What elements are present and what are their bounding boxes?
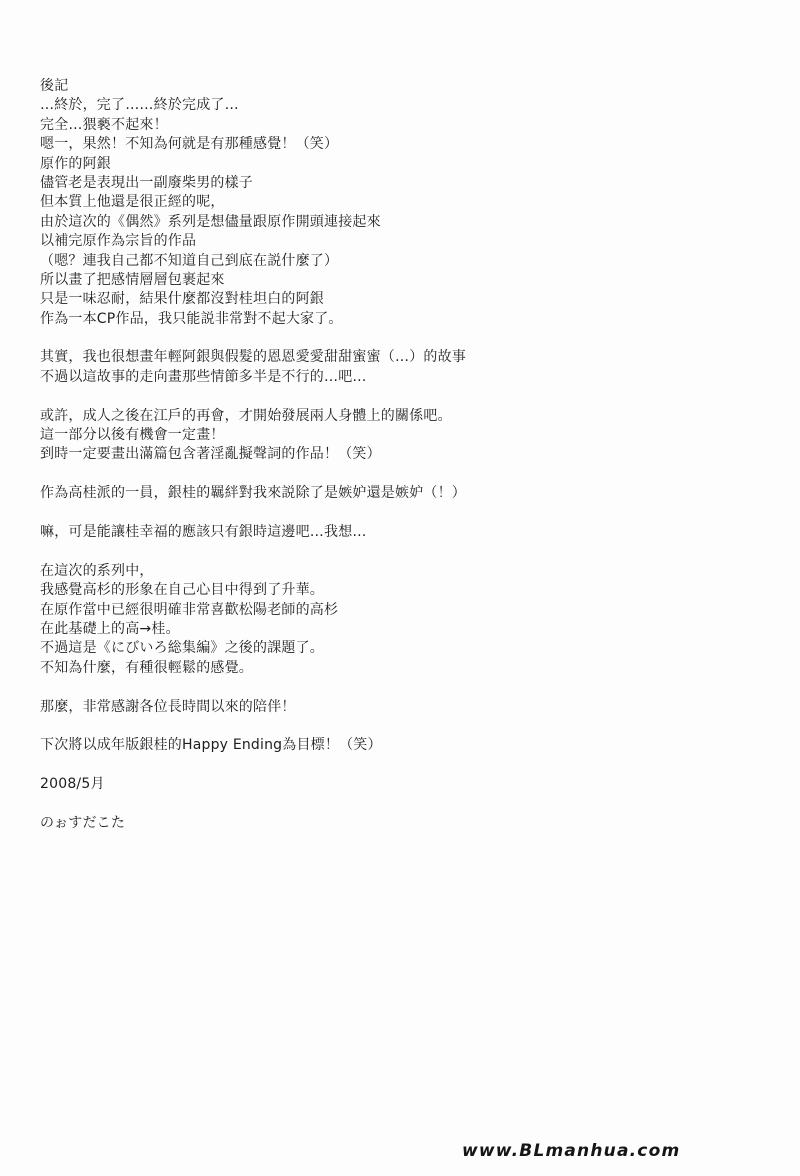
afterword-line: 嗯一，果然！不知為何就是有那種感覺！（笑） [40, 135, 760, 154]
afterword-line: （嗯？連我自己都不知道自己到底在説什麼了） [40, 252, 760, 271]
afterword-line: 後記 [40, 77, 760, 96]
afterword-line: 不知為什麼，有種很輕鬆的感覺。 [40, 659, 760, 678]
afterword-page: 後記…終於，完了……終於完成了…完全…猥褻不起來！嗯一，果然！不知為何就是有那種… [0, 0, 800, 1176]
afterword-line [40, 465, 760, 484]
afterword-line: 作為高桂派的一員，銀桂的羈絆對我來説除了是嫉妒還是嫉妒（！） [40, 484, 760, 503]
afterword-line: 完全…猥褻不起來！ [40, 116, 760, 135]
afterword-line: 下次將以成年版銀桂的Happy Ending為目標！（笑） [40, 736, 760, 755]
afterword-line: 2008/5月 [40, 775, 760, 794]
afterword-line [40, 717, 760, 736]
afterword-line: 在此基礎上的高→桂。 [40, 620, 760, 639]
afterword-line [40, 504, 760, 523]
afterword-line: 我感覺高杉的形象在自己心目中得到了升華。 [40, 581, 760, 600]
afterword-line: 那麼，非常感謝各位長時間以來的陪伴！ [40, 698, 760, 717]
afterword-line: 不過以這故事的走向畫那些情節多半是不行的…吧… [40, 368, 760, 387]
afterword-line [40, 542, 760, 561]
afterword-line: 只是一味忍耐，結果什麼都沒對桂坦白的阿銀 [40, 290, 760, 309]
afterword-line: 在這次的系列中， [40, 562, 760, 581]
afterword-line: 作為一本CP作品，我只能説非常對不起大家了。 [40, 310, 760, 329]
afterword-line: 原作的阿銀 [40, 155, 760, 174]
afterword-line: 以補完原作為宗旨的作品 [40, 232, 760, 251]
afterword-line: 由於這次的《偶然》系列是想儘量跟原作開頭連接起來 [40, 213, 760, 232]
afterword-line: 嘛，可是能讓桂幸福的應該只有銀時這邊吧…我想… [40, 523, 760, 542]
afterword-line: 在原作當中已經很明確非常喜歡松陽老師的高杉 [40, 601, 760, 620]
afterword-line: 儘管老是表現出一副廢柴男的樣子 [40, 174, 760, 193]
afterword-text: 後記…終於，完了……終於完成了…完全…猥褻不起來！嗯一，果然！不知為何就是有那種… [40, 77, 760, 833]
afterword-line: のぉすだこた [40, 814, 760, 833]
afterword-line [40, 329, 760, 348]
afterword-line [40, 678, 760, 697]
afterword-line [40, 756, 760, 775]
afterword-line: 其實，我也很想畫年輕阿銀與假髮的恩恩愛愛甜甜蜜蜜（…）的故事 [40, 348, 760, 367]
afterword-line: 或許，成人之後在江戶的再會，才開始發展兩人身體上的關係吧。 [40, 407, 760, 426]
afterword-line [40, 387, 760, 406]
afterword-line [40, 794, 760, 813]
afterword-line: 到時一定要畫出滿篇包含著淫亂擬聲詞的作品！（笑） [40, 445, 760, 464]
afterword-line: 所以畫了把感情層層包裹起來 [40, 271, 760, 290]
afterword-line: 這一部分以後有機會一定畫！ [40, 426, 760, 445]
afterword-line: 但本質上他還是很正經的呢， [40, 193, 760, 212]
watermark: www.BLmanhua.com [462, 1141, 680, 1161]
afterword-line: 不過這是《にびいろ総集編》之後的課題了。 [40, 639, 760, 658]
afterword-line: …終於，完了……終於完成了… [40, 96, 760, 115]
